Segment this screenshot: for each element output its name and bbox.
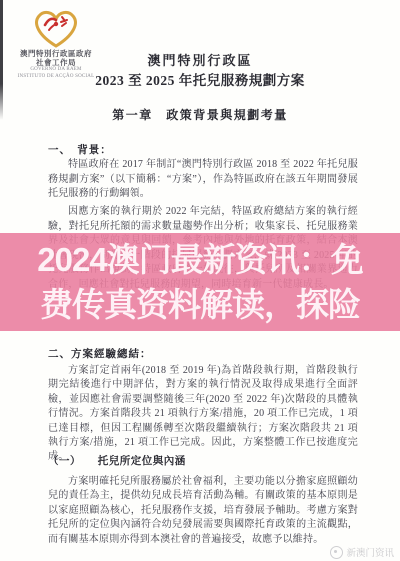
paragraph-background-2: 因應方案的執行期於 2022 年完結，特區政府總結方案的執行經驗，對托兒所托額的… (48, 205, 358, 292)
heart-logo-icon (29, 7, 83, 49)
scanned-document-page: 澳門特別行政區政府 社會工作局 GOVERNO DA RAEM INSTITUT… (0, 0, 400, 561)
section2-heading: 二、方案經驗總結： (48, 346, 358, 361)
paragraph-positioning: 方案明確托兒所服務屬於社會福利，主要功能以分擔家庭照顧幼兒的責任為主，提供幼兒成… (48, 475, 358, 547)
subsection-heading: （一） 托兒所定位與內涵 (48, 453, 358, 468)
document-title-region: 澳門特別行政區 (0, 53, 400, 69)
watermark-label: 新澳门资讯 (346, 545, 394, 559)
section1-heading: 一、 背景： (48, 142, 358, 157)
watermark: 新澳门资讯 (330, 545, 394, 559)
paragraph-summary: 方案訂定首兩年(2018 至 2019 年)為首階段執行期，首階段執行期完結後進… (48, 364, 358, 465)
paragraph-background-1: 特區政府在 2017 年制訂“澳門特別行政區 2018 至 2022 年托兒服務… (48, 158, 358, 202)
chapter-heading: 第一章 政策背景與規劃考量 (0, 106, 400, 123)
watermark-camera-icon (330, 546, 343, 559)
document-title-plan: 2023 至 2025 年托兒服務規劃方案 (0, 71, 400, 90)
document-title-block: 澳門特別行政區 2023 至 2025 年托兒服務規劃方案 (0, 53, 400, 90)
